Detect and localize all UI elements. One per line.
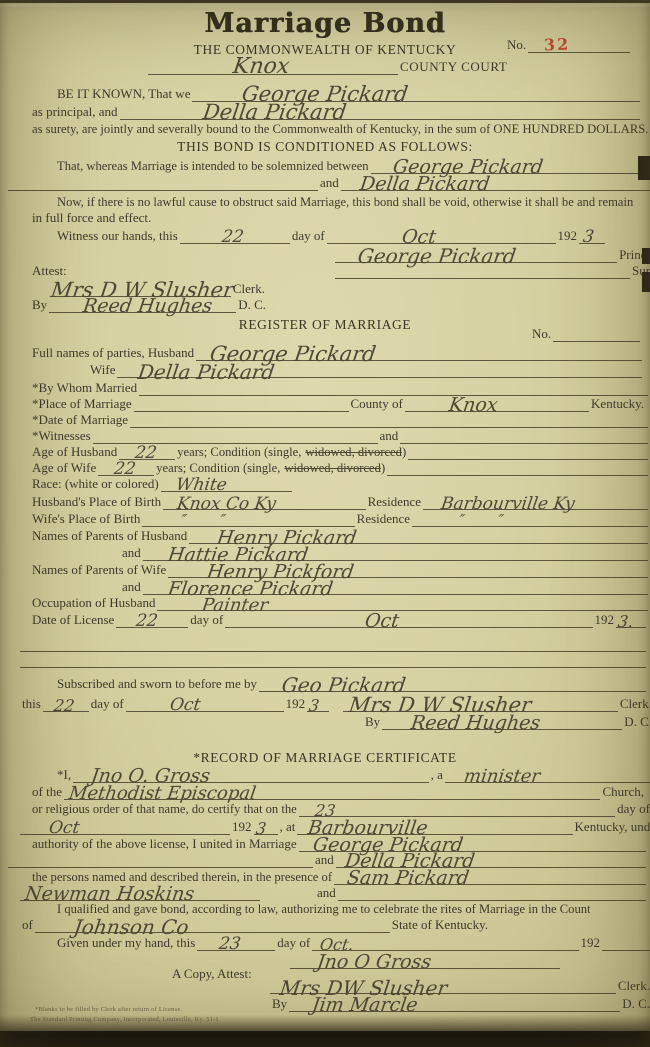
register-husband-row: Full names of parties, Husband George Pi… <box>30 345 642 361</box>
cert-day-of-label: day of <box>615 801 650 817</box>
license-day-of-label: day of <box>188 612 225 628</box>
surety-signature-line <box>335 278 630 279</box>
cert-clerk-label: Clerk. <box>616 978 650 994</box>
given-year-prefix: 192 <box>579 935 603 951</box>
void-clause-line1: Now, if there is no lawful cause to obst… <box>55 195 635 210</box>
year-prefix: 192 <box>556 228 580 244</box>
age-husband-row: Age of Husband 22 years; Condition (sing… <box>30 444 648 460</box>
bond-county-handwritten: Johnson Co <box>72 917 190 937</box>
bond-county-row: of Johnson Co State of Kentucky. <box>20 917 490 933</box>
footnote-blanks: *Blanks to be filled by Clerk after retu… <box>35 1006 182 1013</box>
county-court-row: Knox COUNTY COURT <box>148 59 568 75</box>
attest-row: Attest: <box>30 263 69 279</box>
witness-day-handwritten: 22 <box>220 229 244 246</box>
cert-year-handwritten: 3 <box>254 821 266 837</box>
cert-and-label: and <box>313 852 336 868</box>
witnesses-label: *Witnesses <box>30 428 93 444</box>
minister-title-line: minister <box>445 782 650 783</box>
witness2-and-label: and <box>315 885 338 901</box>
race-row: Race: (white or colored) White <box>30 476 292 492</box>
minister-signature-handwritten: Jno O Gross <box>316 953 433 972</box>
photo-background: Marriage Bond THE COMMONWEALTH OF KENTUC… <box>0 0 650 1047</box>
sworn-name-handwritten: Geo Pickard <box>281 675 407 695</box>
occupation-row: Occupation of Husband Painter <box>30 595 648 611</box>
sworn-label: Subscribed and sworn to before me by <box>55 676 259 692</box>
given-day-line: 23 <box>197 950 275 951</box>
attest-label: Attest: <box>30 263 69 279</box>
void-clause-row2: in full force and effect. <box>30 210 153 226</box>
wife-birth-ditto: ″ ″ <box>179 513 226 528</box>
bond-number-value: 32 <box>544 37 571 54</box>
bond-dc-label: D. C. <box>236 297 268 313</box>
husband-residence-line: Barbourville Ky <box>423 509 648 510</box>
void-clause-line2: in full force and effect. <box>30 210 153 226</box>
license-row: Date of License 22 day of Oct 192 3. <box>30 612 646 628</box>
register-deputy-line: Reed Hughes <box>382 729 622 730</box>
of-the-label: of the <box>30 784 64 800</box>
witness-hands-row: Witness our hands, this 22 day of Oct 19… <box>55 228 605 244</box>
wife-birth-row: Wife's Place of Birth ″ ″ Residence ″ ″ <box>30 511 648 527</box>
void-clause-row1: Now, if there is no lawful cause to obst… <box>55 194 648 210</box>
license-year-line: 3. <box>616 627 646 628</box>
cert-of-label: of <box>20 917 35 933</box>
county-name-line: Knox <box>148 74 398 75</box>
license-day-handwritten: 22 <box>135 613 159 630</box>
condition-wife-struck: widowed, divorced <box>284 461 381 476</box>
cert-month-line: Oct <box>20 834 230 835</box>
cert-deputy-signature: Jim Marcle <box>311 996 419 1015</box>
race-label: Race: (white or colored) <box>30 476 161 492</box>
church-label: Church, <box>600 784 646 800</box>
bond-deputy-signature: Reed Hughes <box>81 297 213 316</box>
bond-county-line: Johnson Co <box>35 932 390 933</box>
and-label: and <box>318 175 341 191</box>
cert-dc-label: D. C. <box>620 996 650 1012</box>
given-year-line <box>602 950 650 951</box>
parents-husband-row: Names of Parents of Husband Henry Pickar… <box>30 528 648 544</box>
given-label: Given under my hand, this <box>55 935 197 951</box>
bond-number-row: No. 32 <box>505 37 630 53</box>
given-row: Given under my hand, this 23 day of Oct.… <box>55 935 650 951</box>
age-wife-row: Age of Wife 22 years; Condition (single,… <box>30 460 648 476</box>
place-label: *Place of Marriage <box>30 396 134 412</box>
wife-residence-label: Residence <box>355 511 412 527</box>
date-of-marriage-label: *Date of Marriage <box>30 412 130 428</box>
and-bride-row: and Della Pickard <box>8 175 650 191</box>
race-handwritten: White <box>175 477 228 494</box>
sworn-day-of-label: day of <box>89 696 126 712</box>
age-wife-label: Age of Wife <box>30 460 98 476</box>
certificate-i-label: *I, <box>55 767 73 783</box>
husband-birth-line: Knox Co Ky <box>163 509 366 510</box>
wife-mother-row: and Florence Pickard <box>120 579 648 595</box>
age-husband-label: Age of Husband <box>30 444 119 460</box>
as-principal-label: as principal, and <box>30 104 120 120</box>
cert-and-bride-row: and Della Pickard <box>8 852 646 868</box>
date-of-marriage-row: *Date of Marriage <box>30 412 648 428</box>
cert-at-label: , at <box>278 819 298 835</box>
county-court-label: COUNTY COURT <box>398 59 509 75</box>
license-month-handwritten: Oct <box>363 612 400 631</box>
minister-signature-row: Jno O Gross <box>290 953 560 969</box>
register-no-line <box>553 341 640 342</box>
witness2-row: Newman Hoskins and <box>20 885 646 901</box>
cert-clerk-row: Mrs DW Slusher Clerk. <box>270 978 650 994</box>
license-day-line: 22 <box>116 627 188 628</box>
race-line: White <box>161 491 292 492</box>
church-row: of the Methodist Episcopal Church, <box>30 784 646 800</box>
register-deputy-signature: Reed Hughes <box>410 714 542 733</box>
kentucky-under-label: Kentucky, unde <box>573 819 650 835</box>
register-by-label: By <box>363 714 382 730</box>
register-dc-label: D. C. <box>622 714 650 730</box>
husband-mother-and-label: and <box>120 545 143 561</box>
sworn-year-handwritten: 3 <box>308 698 320 714</box>
as-principal-row: as principal, and Della Pickard <box>30 104 640 120</box>
bride-name-handwritten: Della Pickard <box>358 175 490 194</box>
sworn-day-handwritten: 22 <box>53 698 76 714</box>
register-deputy-row: By Reed Hughes D. C. <box>363 714 650 730</box>
register-wife-line: Della Pickard <box>117 377 642 378</box>
bond-number-label: No. <box>505 37 528 53</box>
copy-attest-label: A Copy, Attest: <box>170 966 254 982</box>
kentucky-label: Kentucky. <box>589 396 646 412</box>
wife-mother-and-label: and <box>120 579 143 595</box>
witness-year-handwritten: 3 <box>582 229 595 246</box>
witnesses-row: *Witnesses and <box>30 428 648 444</box>
marriage-bond-document: Marriage Bond THE COMMONWEALTH OF KENTUC… <box>0 0 650 1047</box>
be-it-known-label: BE IT KNOWN, That we <box>55 86 192 102</box>
minister-signature-line: Jno O Gross <box>290 968 560 969</box>
condition-wife-line <box>387 475 648 476</box>
husband-residence-label: Residence <box>366 494 423 510</box>
wife-residence-ditto: ″ ″ <box>458 513 505 528</box>
cert-year-line: 3 <box>254 834 278 835</box>
blank-row-1 <box>20 636 646 652</box>
cert-month-handwritten: Oct <box>48 820 81 837</box>
bride-name-line: Della Pickard <box>341 190 650 191</box>
page-bottom-shadow <box>0 1015 650 1031</box>
wife-label: Wife <box>88 362 117 378</box>
surety-name-line: Della Pickard <box>120 119 640 120</box>
certify-label: or religious order of that name, do cert… <box>30 802 299 817</box>
sworn-year-line: 3 <box>307 711 329 712</box>
scan-artifact <box>642 248 650 264</box>
by-whom-label: *By Whom Married <box>30 380 139 396</box>
scan-artifact <box>642 272 650 292</box>
authority-label: authority of the above license, I united… <box>30 836 299 852</box>
certify-row: or religious order of that name, do cert… <box>30 801 650 817</box>
license-year-handwritten: 3. <box>617 614 635 630</box>
register-wife-handwritten: Della Pickard <box>137 362 276 382</box>
bond-number-line: 32 <box>528 52 630 53</box>
license-label: Date of License <box>30 612 116 628</box>
solemnized-label: That, whereas Marriage is intended to be… <box>55 159 371 174</box>
page-under-sheet-edge <box>0 3 650 7</box>
this-label: this <box>20 696 43 712</box>
county-of-label: County of <box>349 396 405 412</box>
blank-line <box>8 190 318 191</box>
witness-year-line: 3 <box>579 243 605 244</box>
condition-wife-prefix: years; Condition (single, <box>154 461 282 476</box>
register-clerk-label: Clerk. <box>618 696 650 712</box>
register-number-row: No. <box>530 326 640 342</box>
surety-name-handwritten: Della Pickard <box>201 102 347 123</box>
cert-deputy-row: By Jim Marcle D. C. <box>270 996 650 1012</box>
certificate-a-label: , a <box>429 767 445 783</box>
by-whom-row: *By Whom Married <box>30 380 648 396</box>
witness-day-line: 22 <box>180 243 290 244</box>
cert-deputy-line: Jim Marcle <box>289 1011 620 1012</box>
parents-wife-row: Names of Parents of Wife Henry Pickford <box>30 562 648 578</box>
minister-row: *I, Jno O. Gross , a minister <box>55 767 650 783</box>
husband-birth-row: Husband's Place of Birth Knox Co Ky Resi… <box>30 494 648 510</box>
license-year-prefix: 192 <box>593 612 617 628</box>
bond-by-label: By <box>30 297 49 313</box>
cert-month-row: Oct 192 3 , at Barbourville Kentucky, un… <box>20 819 650 835</box>
state-label: State of Kentucky. <box>390 917 490 933</box>
day-of-label: day of <box>290 228 327 244</box>
parents-wife-label: Names of Parents of Wife <box>30 562 168 578</box>
parents-husband-label: Names of Parents of Husband <box>30 528 189 544</box>
sworn-row: Subscribed and sworn to before me by Geo… <box>55 676 646 692</box>
register-no-label: No. <box>530 326 553 342</box>
photo-bottom-band <box>0 1031 650 1047</box>
register-wife-row: Wife Della Pickard <box>88 362 642 378</box>
sworn-date-row: this 22 day of Oct 192 3 Mrs D W Slusher… <box>20 696 650 712</box>
cert-by-label: By <box>270 996 289 1012</box>
county-name-handwritten: Knox <box>231 56 290 78</box>
place-of-marriage-row: *Place of Marriage County of Knox Kentuc… <box>30 396 646 412</box>
condition-husband-prefix: years; Condition (single, <box>175 445 303 460</box>
certificate-heading: *RECORD OF MARRIAGE CERTIFICATE <box>0 750 650 766</box>
church-line: Methodist Episcopal <box>64 799 601 800</box>
conditioned-heading: THIS BOND IS CONDITIONED AS FOLLOWS: <box>0 139 650 155</box>
condition-husband-struck: widowed, divorced <box>305 445 402 460</box>
cert-year-prefix: 192 <box>230 819 254 835</box>
blank-row-2 <box>20 652 646 668</box>
witness-hands-label: Witness our hands, this <box>55 228 180 244</box>
blank-line <box>8 867 313 868</box>
bond-deputy-row: By Reed Hughes D. C. <box>30 297 268 313</box>
authority-row: authority of the above license, I united… <box>30 836 646 852</box>
bond-clerk-label: Clerk. <box>231 281 267 297</box>
sworn-month-line: Oct <box>126 711 284 712</box>
scan-artifact <box>638 156 650 180</box>
copy-attest-row: A Copy, Attest: <box>170 966 254 982</box>
husband-mother-row: and Hattie Pickard <box>120 545 648 561</box>
sworn-name-line: Geo Pickard <box>259 691 646 692</box>
sworn-month-handwritten: Oct <box>169 697 202 714</box>
full-names-label: Full names of parties, Husband <box>30 345 196 361</box>
blank-line <box>20 667 646 668</box>
solemnized-row: That, whereas Marriage is intended to be… <box>55 158 650 174</box>
bond-deputy-line: Reed Hughes <box>49 312 236 313</box>
surety-signature-row: Surety <box>335 263 650 279</box>
wife-residence-line: ″ ″ <box>412 526 648 527</box>
principal-signature-row: George Pickard Principal <box>335 247 650 263</box>
sworn-day-line: 22 <box>43 711 89 712</box>
condition-husband-suffix: ) <box>402 445 408 460</box>
witnesses-and-label: and <box>378 428 401 444</box>
wife-birth-label: Wife's Place of Birth <box>30 511 142 527</box>
surety-clause-text: as surety, are jointly and severally bou… <box>30 122 650 137</box>
surety-clause-row: as surety, are jointly and severally bou… <box>30 121 646 137</box>
husband-birth-label: Husband's Place of Birth <box>30 494 163 510</box>
sworn-year-prefix: 192 <box>284 696 308 712</box>
occupation-label: Occupation of Husband <box>30 595 157 611</box>
license-month-line: Oct <box>225 627 592 628</box>
occupation-line: Painter <box>157 610 648 611</box>
condition-wife-suffix: ) <box>381 461 387 476</box>
given-day-handwritten: 23 <box>218 936 242 953</box>
given-day-of-label: day of <box>275 935 312 951</box>
